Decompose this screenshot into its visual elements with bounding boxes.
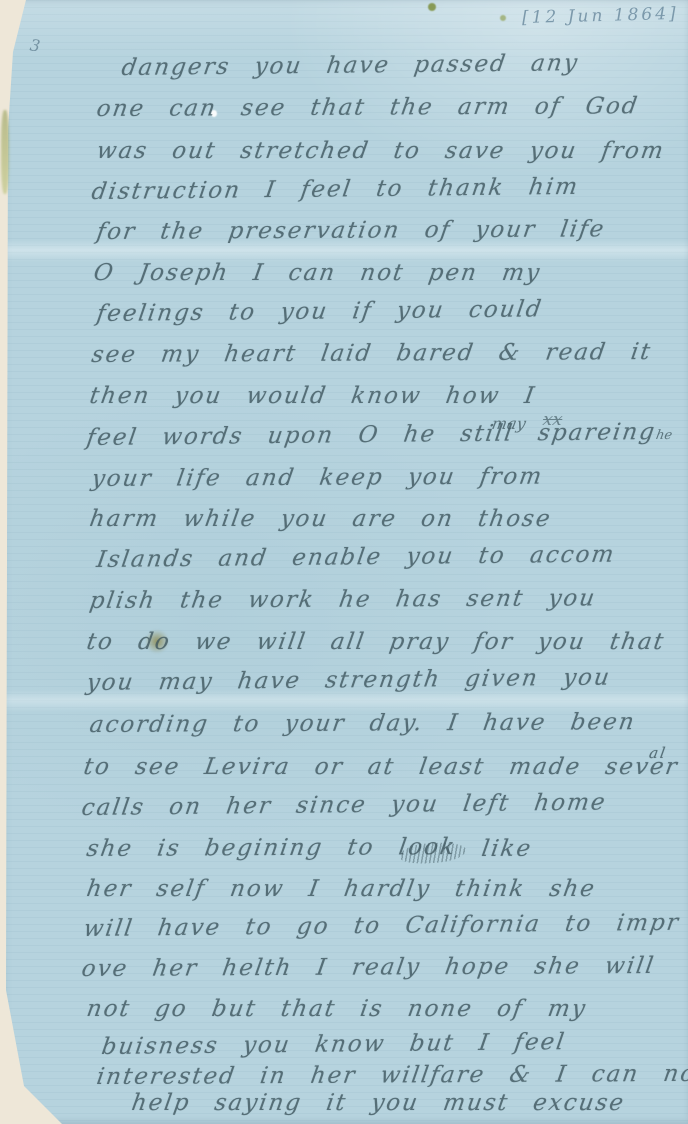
letter-line: buisness you know but I feel <box>100 1031 567 1059</box>
letter-line: al <box>648 746 668 761</box>
letter-line: you may have strength given you <box>85 667 612 695</box>
letter-line: plish the work he has sent you <box>88 587 598 613</box>
letter-line: like <box>480 838 534 861</box>
letter-line: calls on her since you left home <box>80 792 608 820</box>
letter-line: to do we will all pray for you that <box>85 631 667 654</box>
letter-line: dangers you have passed any <box>120 52 580 80</box>
letter-line: your life and keep you from <box>90 466 545 491</box>
archivist-date-annotation: [12 Jun 1864] <box>522 4 679 28</box>
letter-line: Islands and enable you to accom <box>95 544 617 572</box>
letter-line: acording to your day. I have been <box>88 711 637 737</box>
letter-line: feelings to you if you could <box>95 298 544 326</box>
letter-line: for the preservation of your life <box>95 218 607 244</box>
paper-speck <box>500 15 506 21</box>
scanned-letter-page: 3 [12 Jun 1864] dangers you have passed … <box>0 0 688 1124</box>
paper-speck <box>428 3 436 11</box>
letter-line: her self now I hardly think she <box>85 878 598 901</box>
letter-line: see my heart laid bared & read it <box>90 341 653 367</box>
paper-edge-stain <box>1 110 9 194</box>
interline-note: he <box>655 428 674 443</box>
letter-line: O Joseph I can not pen my <box>92 262 543 285</box>
letter-line: feel words upon O he still spareing <box>85 421 658 450</box>
letter-line: help saying it you must excuse <box>130 1092 627 1115</box>
letter-line: harm while you are on those <box>88 508 553 531</box>
letter-line: will have to go to California to impr <box>82 912 681 941</box>
letter-line: then you would know how I <box>88 385 537 408</box>
letter-line: to see Levira or at least made sever <box>82 756 680 779</box>
letter-line: distruction I feel to thank him <box>90 176 581 204</box>
letter-line: ove her helth I realy hope she will <box>80 955 657 981</box>
letter-line: was out stretched to save you from <box>95 140 667 163</box>
interline-crossed-out: xx <box>541 410 564 430</box>
interline-insertion: may <box>490 414 527 433</box>
letter-line: not go but that is none of my <box>85 998 589 1021</box>
letter-line: one can see that the arm of God <box>95 95 640 121</box>
letter-line: interested in her willfare & I can not <box>95 1063 688 1089</box>
